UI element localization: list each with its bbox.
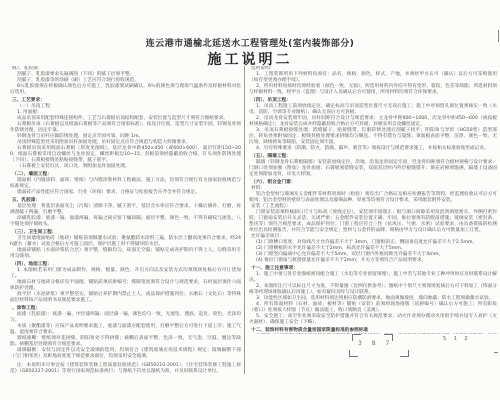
spec-paragraph: 2、本图所注尺寸以标注尺寸为准，不得量图（比例仅供参考）；图纸中个别尺寸须现场复… xyxy=(249,284,497,296)
spec-paragraph: 石膏板吊顶（石膏板以及纸面石膏板等产品须符合国家标准），按设计位置、造型尺寸安装… xyxy=(10,122,241,134)
column-divider xyxy=(244,66,245,374)
page-edge-tick-bottom xyxy=(494,352,498,353)
spec-paragraph: 面漆（乳胶漆）：底漆一遍、中层漆两遍、面层漆一遍，颜色均匀一致，无流坠、透底、起… xyxy=(10,312,241,324)
left-column: 缝）、乳胶漆：刮腻子、乳胶漆要求头遍满刮（下同）的腻子层须平整。刮腻子、乳胶漆等… xyxy=(10,66,241,374)
spec-paragraph: 墙面板（内墙涂料、面砖、壁纸）与内墙涂饰材料工程做法、施工方法，均须符合现行有关… xyxy=(10,178,241,190)
spec-paragraph: 铝合金型材与玻璃及五金配件等材料进场时（检验）须有出厂合格证及相应检测报告等资料… xyxy=(249,192,497,204)
sheet-number: 5 1 2 xyxy=(443,336,471,342)
document-page: 连云港市通榆北延送水工程管理处(室内装饰部分) 施工说明二 缝）、乳胶漆：刮腻子… xyxy=(0,0,500,400)
spec-paragraph: 墙纸裱糊：壁纸须对花拼缝，阴阳角处不得拼缝；裱糊后表面平整、色泽一致，无气泡、空… xyxy=(10,336,241,348)
spec-paragraph: 2、所用材料进场时均须经验收（颜色一致、无损），所选用材料内外均不得有变形、裂纹… xyxy=(249,84,497,96)
spec-paragraph: 4、另有特殊要求（防潮、防火、防腐、隔声、吸音等）须按设计与规范要求施工，并按相… xyxy=(249,146,497,152)
drawing-stamp-number: 3 8 7 xyxy=(358,340,393,347)
spec-paragraph: 基层处理：将基层表面灰尘（污垢）清除干净，腻子刮平，基层含水率应符合要求，干燥后… xyxy=(10,204,241,216)
spec-paragraph: 1、吊顶工程施工前须放线定位，确定标高与吊顶造型位置尺寸无误后施工；施工中对预留… xyxy=(249,104,497,116)
spec-paragraph: 4、所有饰面材料（石材、面砖、板材等）铺贴（安装）前须经现场排版（试拼编号）确认… xyxy=(249,302,497,314)
spec-paragraph: 6％乳胶漆须在样板确认颜色后方可施工，乳胶漆须试刷确认，6％的颜色须与现场气温条… xyxy=(10,84,241,96)
spec-paragraph: 2、吊顶龙骨安装须牢固，吊杆间距符合设计与规范要求；主龙骨中距900~1000，… xyxy=(249,116,497,128)
registration-mark-bottom-right xyxy=(400,350,409,357)
document-body: 缝）、乳胶漆：刮腻子、乳胶漆要求头遍满刮（下同）的腻子层须平整。刮腻子、乳胶漆等… xyxy=(10,66,497,374)
spec-paragraph: 找平层（水泥砂浆）须平整坚实，铺贴后养护期内禁止上人，成品保护措施到位；水磨石（… xyxy=(10,292,241,304)
spec-paragraph: 门窗安装前须校核洞口尺寸与标高（放线定位），安装须牢固端正；框与洞口间隙采用发泡… xyxy=(249,210,497,234)
spec-paragraph: (4) 推拉门窗扇与框搭接量允许偏差不大于2mm，开关力等须符合产品说明要求。 xyxy=(249,258,497,264)
spec-paragraph: 1、施工中须与各专业图纸密切配合施工（水电等专业预留预埋），施工中若与其他专业工… xyxy=(249,272,497,284)
spec-paragraph: 5、安全施工：高空作业须采取安全防护措施并符合有关规范要求；动火作业须办理动火审… xyxy=(249,314,497,326)
spec-paragraph: 地面砖铺贴（水泥砂浆结合层）须平整，缝隙均匀，砖面无空鼓；铺贴完成养护期内不得上… xyxy=(10,248,241,260)
spec-paragraph: 玻璃隔断：安装与固定件以及安全玻璃的选用，均须符合《建筑玻璃应用技术规程》规定；… xyxy=(10,348,241,360)
spec-paragraph: 地面石材与地砖分格详见平面图，铺贴前须试拼编号；缝隙宽度须符合设计与规范要求，石… xyxy=(10,280,241,292)
spec-paragraph: 1. 本图纸若采用门窗为成品制作，规格、数量、颜色、开启方向以及安装方式均须现场… xyxy=(10,268,241,280)
spec-paragraph: 1、工程装饰所用下列材料均须有：品名、规格、颜色、样式、产地，并须经甲方认可（确… xyxy=(249,72,497,84)
right-column: 选材说明：1、工程装饰所用下列材料均须有：品名、规格、颜色、样式、产地，并须经甲… xyxy=(249,66,497,334)
spec-paragraph: 墙面砖产品性能应符合国家、行业（环保）要求，合格证与检验报告应齐全并符合规定。 xyxy=(10,190,241,196)
spec-paragraph: 石膏板吊顶采用纸面石膏板（厚度见图纸），基层龙骨中距450×450（或600×6… xyxy=(10,146,241,164)
spec-paragraph: 木质（聚酯漆等）应按产品说明要求施工，底漆与面漆应配套使用，打磨平整后方可进行下… xyxy=(10,324,241,336)
page-edge-tick-top xyxy=(498,30,499,42)
spec-paragraph: 3、吊顶石膏板接缝处理：嵌缝腻子、贴接缝带，钉眼防锈处理后刮腻子找平；阴阳角与异… xyxy=(249,128,497,146)
spec-paragraph: 涂刷乳胶漆：底漆一遍、面漆两遍，每遍之间应留干燥间隔；面层平整、颜色一致，不得有… xyxy=(10,216,241,228)
spec-paragraph: 隔墙（轻钢龙骨石膏板隔墙）安装前放线定位，沿地、沿顶龙骨固定牢固，竖龙骨间距须符… xyxy=(249,160,497,178)
spec-paragraph: 注：本说明未尽事宜按《建筑装饰装修工程质量验收规范》（GB50210-2001）… xyxy=(10,363,241,374)
registration-mark-bottom-left xyxy=(349,350,358,357)
spec-paragraph: （石膏板上安装灯具、风口处，须附加龙骨加固处理。 xyxy=(10,164,241,170)
document-title: 连云港市通榆北延送水工程管理处(室内装饰部分) xyxy=(0,36,500,49)
spec-paragraph: 卫生间墙地面贴砖（地砖）铺贴前须做灌水试验；聚氨酯防水涂料三遍，防水层上翻高度须… xyxy=(10,236,241,248)
